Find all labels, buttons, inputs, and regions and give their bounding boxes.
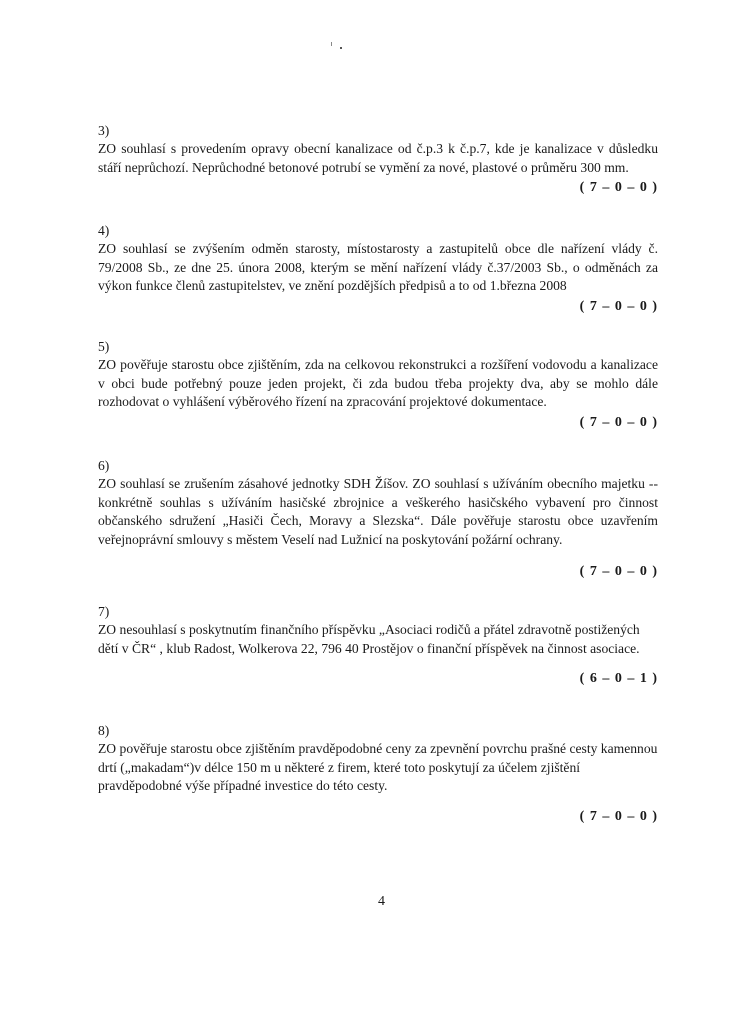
vote-result: ( 7 – 0 – 0 ) xyxy=(98,563,658,581)
resolution-item-5: 5) ZO pověřuje starostu obce zjištěním, … xyxy=(98,338,658,432)
item-text: ZO pověřuje starostu obce zjištěním, zda… xyxy=(98,356,658,411)
item-number: 8) xyxy=(98,722,658,740)
page-number: 4 xyxy=(378,894,385,910)
resolution-item-6: 6) ZO souhlasí se zrušením zásahové jedn… xyxy=(98,457,658,581)
vote-result: ( 7 – 0 – 0 ) xyxy=(98,414,658,432)
vote-result: ( 7 – 0 – 0 ) xyxy=(98,298,658,316)
vote-result: ( 7 – 0 – 0 ) xyxy=(98,179,658,197)
item-text: ZO pověřuje starostu obce zjištěním prav… xyxy=(98,740,658,795)
item-number: 4) xyxy=(98,222,658,240)
item-number: 5) xyxy=(98,338,658,356)
item-number: 6) xyxy=(98,457,658,475)
item-number: 3) xyxy=(98,122,658,140)
resolution-item-7: 7) ZO nesouhlasí s poskytnutím finančníh… xyxy=(98,603,658,689)
item-text: ZO souhlasí se zvýšením odměn starosty, … xyxy=(98,240,658,295)
scan-artifact xyxy=(340,47,342,49)
item-text: ZO souhlasí s provedením opravy obecní k… xyxy=(98,140,658,177)
resolution-item-3: 3) ZO souhlasí s provedením opravy obecn… xyxy=(98,122,658,198)
item-text: ZO souhlasí se zrušením zásahové jednotk… xyxy=(98,475,658,549)
vote-result: ( 7 – 0 – 0 ) xyxy=(98,808,658,826)
document-page: 3) ZO souhlasí s provedením opravy obecn… xyxy=(0,0,744,1024)
scan-artifact xyxy=(331,42,332,46)
item-text: ZO nesouhlasí s poskytnutím finančního p… xyxy=(98,621,658,658)
item-number: 7) xyxy=(98,603,658,621)
vote-result: ( 6 – 0 – 1 ) xyxy=(98,670,658,688)
resolution-item-4: 4) ZO souhlasí se zvýšením odměn starost… xyxy=(98,222,658,316)
resolution-item-8: 8) ZO pověřuje starostu obce zjištěním p… xyxy=(98,722,658,826)
